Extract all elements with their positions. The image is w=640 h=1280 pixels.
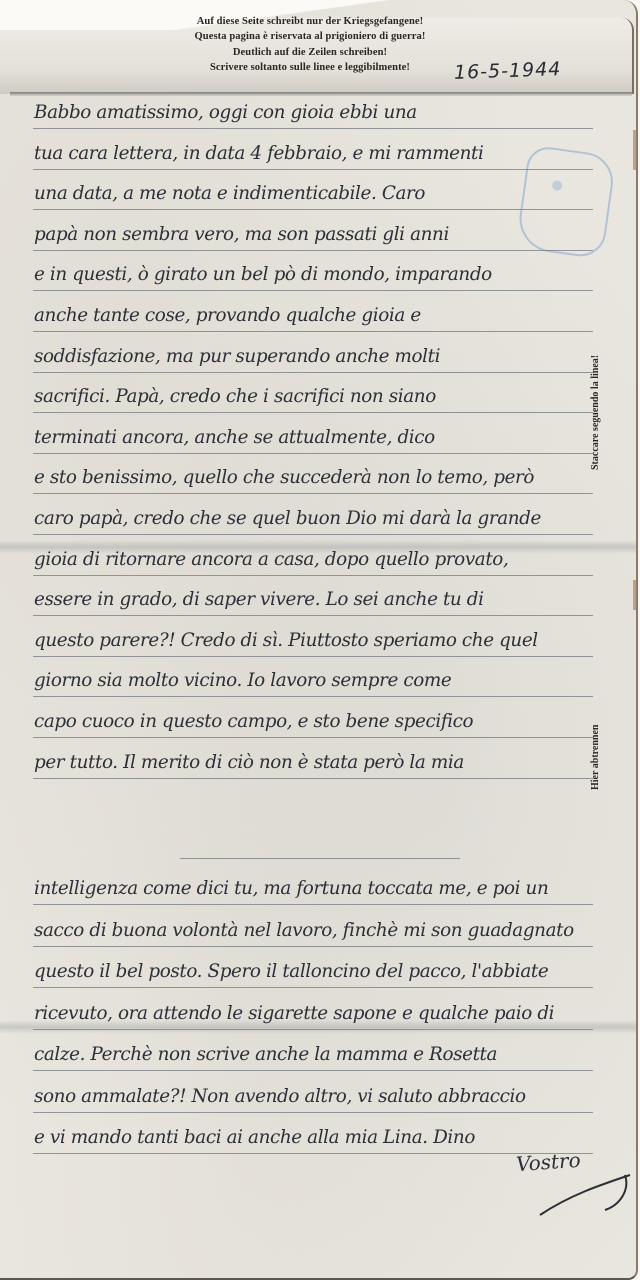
handwritten-line: soddisfazione, ma pur superando anche mo…: [34, 346, 609, 367]
handwritten-line: anche tante cose, provando qualche gioia…: [34, 305, 609, 326]
handwritten-line: una data, a me nota e indimenticabile. C…: [34, 183, 609, 204]
signature-flourish-icon: [530, 1170, 640, 1230]
instruction-german-2: Deutlich auf die Zeilen schreiben!: [150, 45, 470, 60]
handwritten-line: sacrifici. Papà, credo che i sacrifici n…: [34, 386, 609, 407]
stain-edge: [633, 580, 636, 610]
stain-edge: [633, 130, 636, 170]
handwritten-line: essere in grado, di saper vivere. Lo sei…: [34, 589, 609, 610]
handwritten-line: sono ammalate?! Non avendo altro, vi sal…: [34, 1086, 609, 1107]
fold-line-top: [10, 92, 632, 96]
handwritten-line: e in questi, ò girato un bel pò di mondo…: [34, 264, 609, 285]
handwritten-line: questo il bel posto. Spero il talloncino…: [34, 961, 609, 982]
instruction-italian-1: Questa pagina è riservata al prigioniero…: [150, 29, 470, 44]
side-label-detach: Staccare seguendo la linea!: [590, 355, 601, 470]
instruction-italian-2: Scrivere soltanto sulle linee e leggibil…: [150, 60, 470, 75]
handwritten-line: papà non sembra vero, ma son passati gli…: [34, 224, 609, 245]
handwritten-line: questo parere?! Credo di sì. Piuttosto s…: [34, 630, 609, 651]
handwritten-line: e vi mando tanti baci ai anche alla mia …: [34, 1127, 609, 1148]
handwritten-line: gioia di ritornare ancora a casa, dopo q…: [34, 549, 609, 570]
handwritten-line: sacco di buona volontà nel lavoro, finch…: [34, 920, 609, 941]
instruction-german-1: Auf diese Seite schreibt nur der Kriegsg…: [150, 14, 470, 29]
handwritten-line: ricevuto, ora attendo le sigarette sapon…: [34, 1003, 609, 1024]
handwritten-line: Babbo amatissimo, oggi con gioia ebbi un…: [34, 102, 609, 123]
handwritten-line: e sto benissimo, quello che succederà no…: [34, 467, 609, 488]
handwritten-line: tua cara lettera, in data 4 febbraio, e …: [34, 143, 609, 164]
handwritten-line: caro papà, credo che se quel buon Dio mi…: [34, 508, 609, 529]
letter-date: 16-5-1944: [454, 58, 562, 84]
handwritten-line: terminati ancora, anche se attualmente, …: [34, 427, 609, 448]
handwritten-line: capo cuoco in questo campo, e sto bene s…: [34, 711, 609, 732]
handwritten-line: calze. Perchè non scrive anche la mamma …: [34, 1044, 609, 1065]
handwritten-line: intelligenza come dici tu, ma fortuna to…: [34, 878, 609, 899]
header-instructions: Auf diese Seite schreibt nur der Kriegsg…: [150, 14, 470, 75]
handwritten-line: per tutto. Il merito di ciò non è stata …: [34, 752, 609, 773]
handwritten-line: giorno sia molto vicino. Io lavoro sempr…: [34, 670, 609, 691]
